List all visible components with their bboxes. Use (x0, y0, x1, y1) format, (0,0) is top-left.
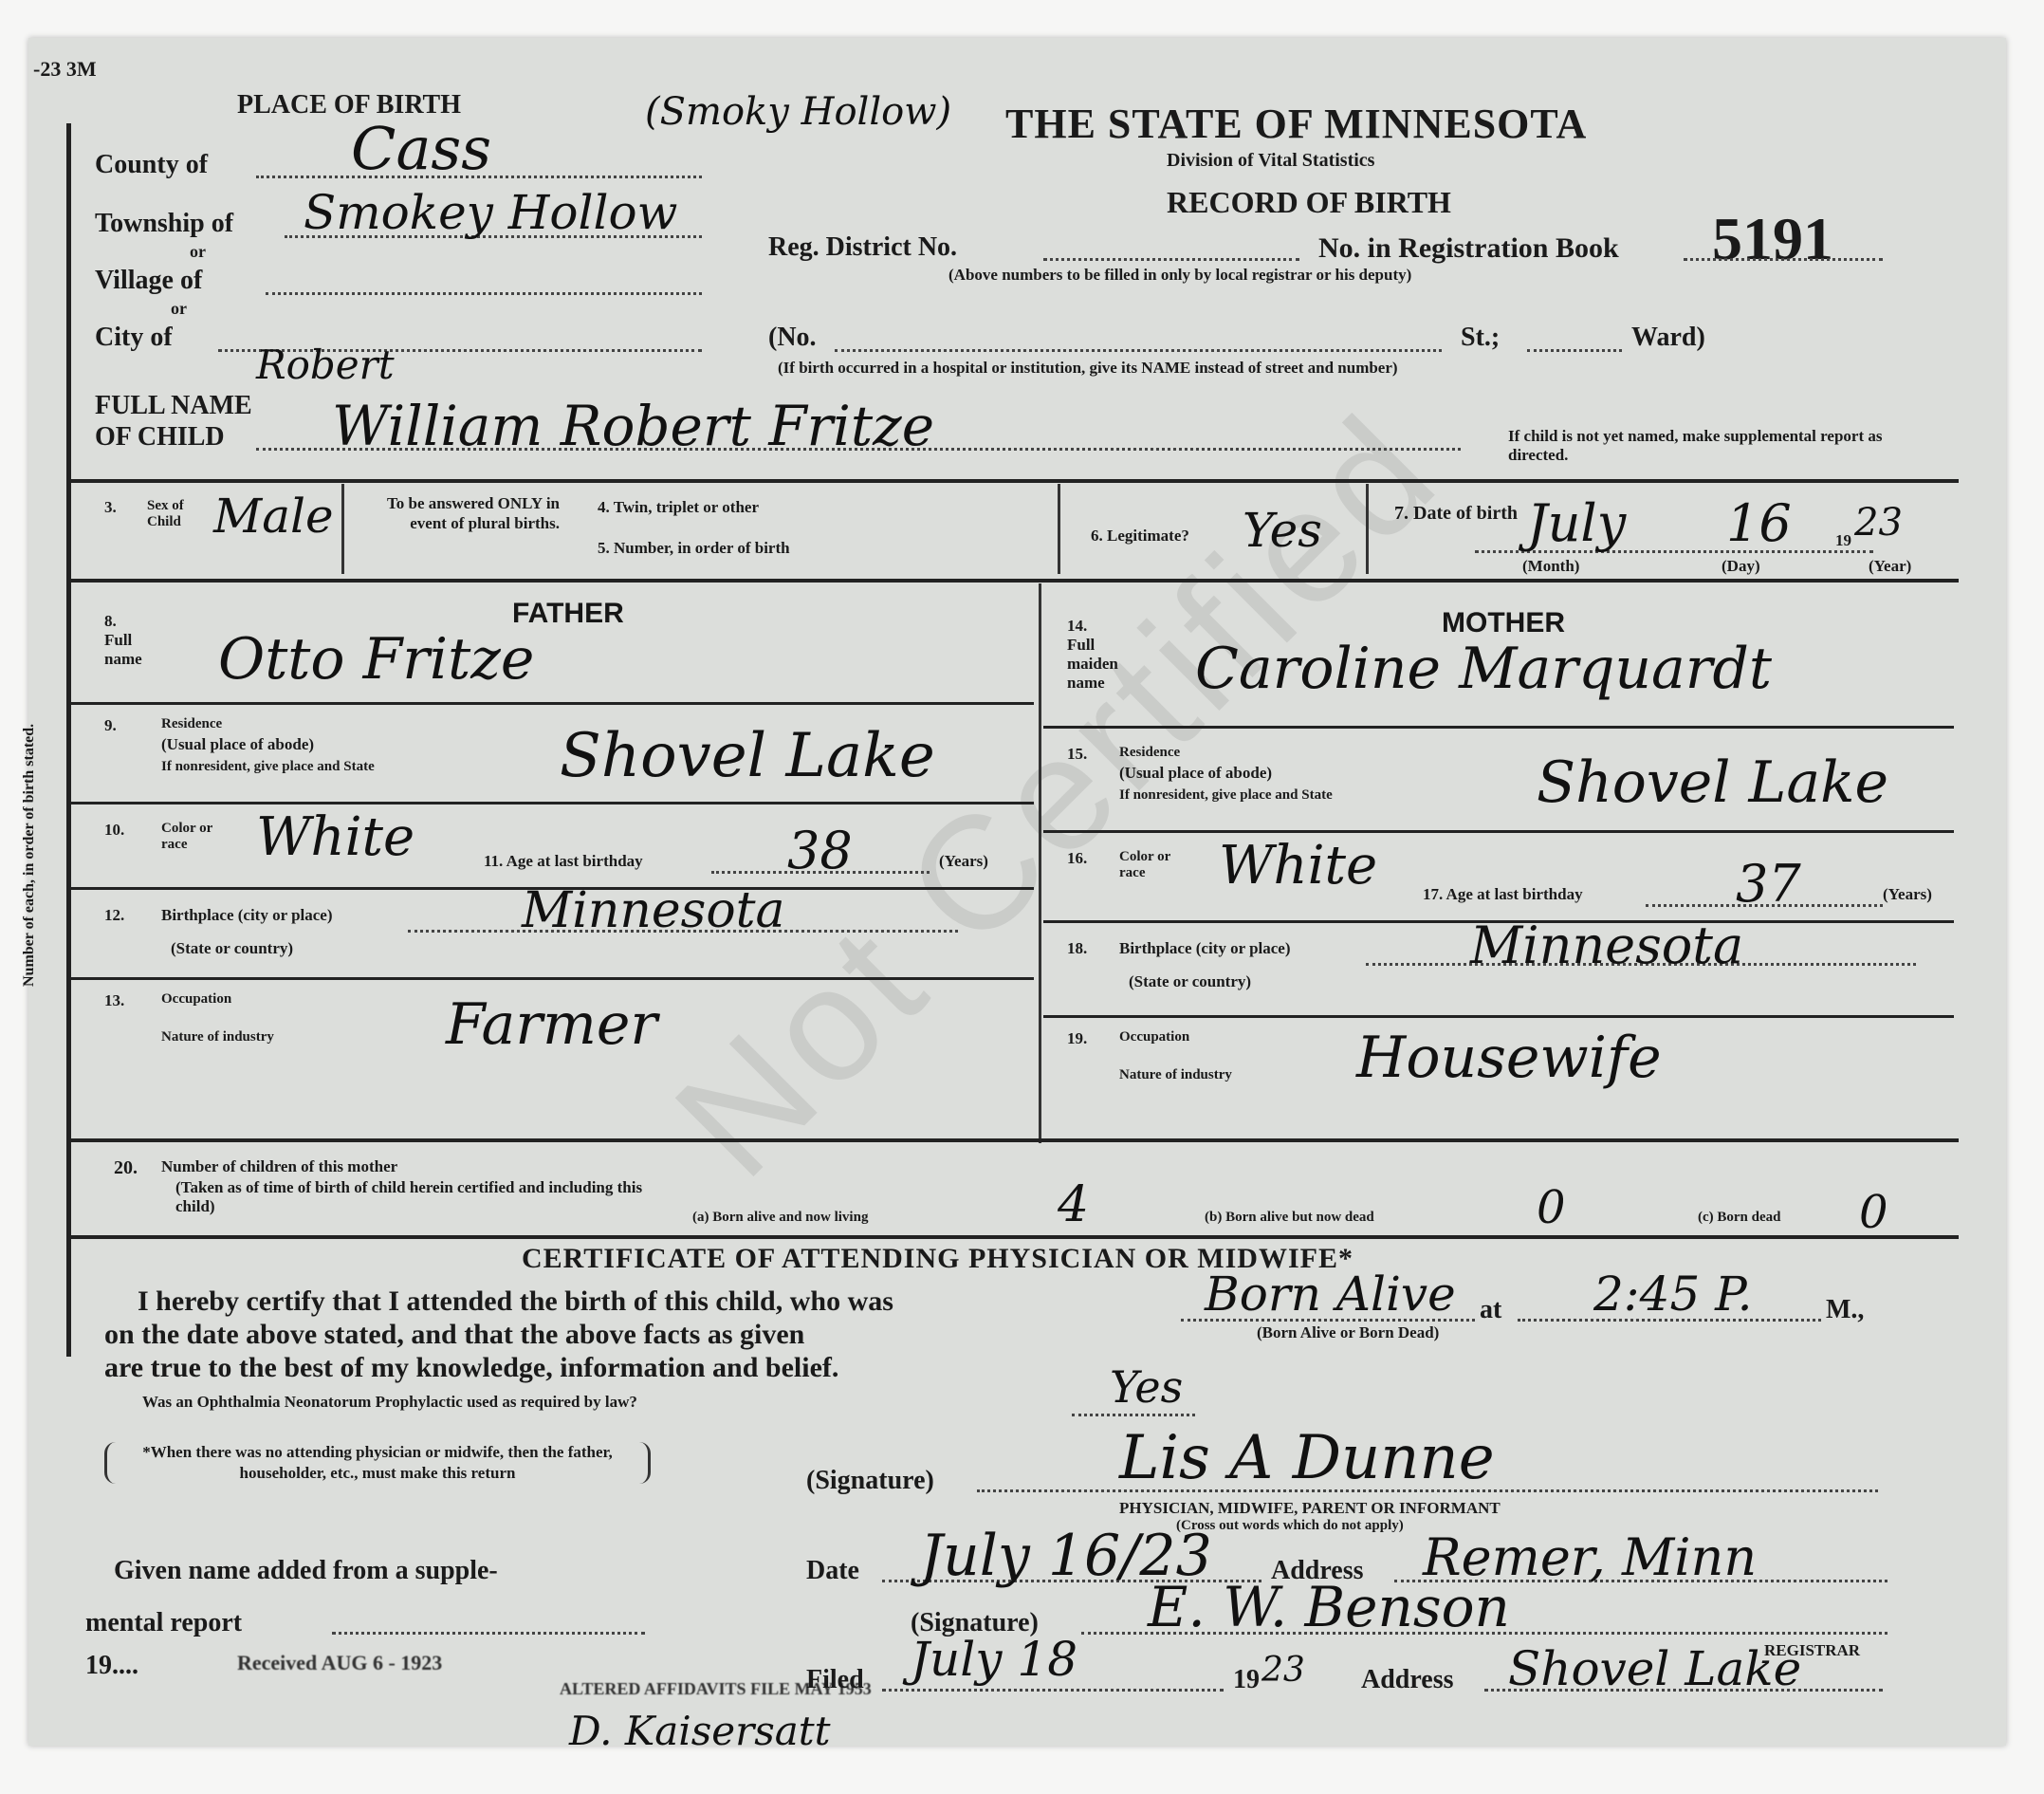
received-stamp: Received AUG 6 - 1923 (237, 1651, 442, 1675)
township-label: Township of (95, 209, 233, 239)
father-name-label: Full name (104, 631, 171, 669)
mother-industry-label: Nature of industry (1119, 1067, 1232, 1083)
hospital-note: (If birth occurred in a hospital or inst… (778, 359, 1398, 378)
physician-signature: Lis A Dunne (1119, 1423, 1495, 1493)
left-border (66, 123, 71, 1357)
m-label: M., (1826, 1295, 1864, 1325)
year-19-label: 19.... (85, 1651, 138, 1681)
born-alive-living-value: 4 (1058, 1176, 1089, 1233)
date-label: Date (806, 1556, 859, 1586)
mother-birthplace: Minnesota (1470, 915, 1743, 975)
mother-residence-label: Residence (1119, 745, 1180, 761)
county-label: County of (95, 150, 208, 180)
order-label: 5. Number, in order of birth (598, 539, 790, 558)
mother-name-label: Full maiden name (1067, 636, 1133, 693)
field-number: 14. (1067, 617, 1087, 636)
filed-value: July 18 (911, 1632, 1077, 1687)
certificate-text-line1: I hereby certify that I attended the bir… (138, 1285, 893, 1318)
years-caption: (Years) (1883, 885, 1932, 904)
father-residence: Shovel Lake (560, 721, 935, 791)
field-number: 19. (1067, 1029, 1087, 1048)
twin-label: 4. Twin, triplet or other (598, 498, 759, 517)
years-caption: (Years) (939, 852, 988, 871)
plural-note: To be answered ONLY in event of plural b… (351, 493, 560, 533)
form-code: -23 3M (33, 57, 97, 82)
father-residence-sub: (Usual place of abode) (161, 735, 314, 754)
mother-birthplace-label: Birthplace (city or place) (1119, 939, 1291, 958)
father-residence-note: If nonresident, give place and State (161, 759, 375, 775)
given-name-note-2: mental report (85, 1608, 242, 1638)
footnote: *When there was no attending physician o… (104, 1442, 651, 1484)
born-dead-value: 0 (1859, 1186, 1888, 1239)
father-industry-label: Nature of industry (161, 1029, 274, 1045)
field-number: 3. (104, 498, 117, 517)
father-birthplace-label: Birthplace (city or place) (161, 906, 333, 925)
father-heading: FATHER (512, 598, 624, 630)
registrar-address-label: Address (1361, 1665, 1454, 1695)
field-number: 9. (104, 716, 117, 735)
field-number: 12. (104, 906, 124, 925)
at-label: at (1480, 1295, 1501, 1325)
born-alive-dead-value: 0 (1537, 1181, 1566, 1234)
born-dead-label: (c) Born dead (1698, 1210, 1781, 1226)
state-title: THE STATE OF MINNESOTA (1005, 100, 1587, 148)
father-name: Otto Fritze (218, 626, 534, 693)
legitimate-value: Yes (1243, 503, 1322, 558)
born-alive-dead-label: (b) Born alive but now dead (1205, 1210, 1374, 1226)
children-label: Number of children of this mother (161, 1157, 397, 1176)
township-annotation: (Smoky Hollow) (645, 90, 951, 134)
father-occupation: Farmer (446, 991, 657, 1058)
street-label: St.; (1461, 323, 1500, 353)
father-residence-label: Residence (161, 716, 222, 732)
reg-note: (Above numbers to be filled in only by l… (948, 266, 1411, 285)
father-color-label: Color or race (161, 821, 218, 853)
record-title: RECORD OF BIRTH (1167, 185, 1451, 220)
mother-residence: Shovel Lake (1537, 749, 1888, 816)
father-birthplace-sub: (State or country) (171, 939, 293, 958)
dob-day: 16 (1726, 493, 1792, 553)
name-correction: Robert (256, 342, 395, 388)
side-note: Number of each, in order of birth stated… (21, 724, 38, 987)
registrar-signature: E. W. Benson (1148, 1575, 1510, 1639)
dob-year: 23 (1854, 501, 1903, 545)
mother-heading: MOTHER (1442, 607, 1565, 639)
child-full-name: William Robert Fritze (332, 394, 934, 458)
certificate-text-line2: on the date above stated, and that the a… (104, 1319, 804, 1351)
ward-label: Ward) (1631, 323, 1705, 353)
filed-label: Filed (806, 1665, 864, 1695)
field-number: 15. (1067, 745, 1087, 764)
field-number: 8. (104, 612, 117, 631)
father-occupation-label: Occupation (161, 991, 231, 1008)
mother-color: White (1219, 835, 1377, 897)
born-status-value: Born Alive (1205, 1267, 1456, 1322)
signature-label: (Signature) (806, 1466, 934, 1496)
ophthalmia-question: Was an Ophthalmia Neonatorum Prophylacti… (142, 1393, 637, 1412)
mother-color-label: Color or race (1119, 849, 1176, 881)
registrar-address: Shovel Lake (1508, 1641, 1801, 1696)
township-value: Smokey Hollow (304, 185, 677, 240)
father-age: 38 (787, 821, 853, 880)
filed-year-prefix: 19 (1233, 1665, 1260, 1695)
ophthalmia-value: Yes (1110, 1361, 1183, 1413)
of-child-label: OF CHILD (95, 422, 225, 453)
mother-age: 37 (1736, 854, 1801, 914)
filed-year: 23 (1261, 1651, 1305, 1690)
dob-year-prefix: 19 (1835, 531, 1851, 550)
children-note: (Taken as of time of birth of child here… (175, 1178, 650, 1216)
father-birthplace: Minnesota (522, 882, 785, 939)
division-title: Division of Vital Statistics (1167, 150, 1374, 172)
or-label: or (190, 242, 206, 262)
clerk-signature: D. Kaisersatt (569, 1708, 831, 1754)
mother-occupation-label: Occupation (1119, 1029, 1189, 1045)
village-label: Village of (95, 266, 202, 296)
mother-age-label: 17. Age at last birthday (1423, 885, 1583, 904)
mother-residence-sub: (Usual place of abode) (1119, 764, 1272, 783)
born-caption: (Born Alive or Born Dead) (1257, 1323, 1439, 1342)
mother-name: Caroline Marquardt (1195, 636, 1772, 702)
certificate-text-line3: are true to the best of my knowledge, in… (104, 1352, 838, 1384)
mother-occupation: Housewife (1356, 1025, 1662, 1091)
role-caption: PHYSICIAN, MIDWIFE, PARENT OR INFORMANT (1119, 1499, 1501, 1518)
reg-book-label: No. in Registration Book (1318, 232, 1619, 265)
field-number: 10. (104, 821, 124, 840)
county-value: Cass (351, 114, 491, 183)
father-color: White (256, 806, 414, 868)
born-alive-living-label: (a) Born alive and now living (692, 1210, 868, 1226)
field-number: 20. (114, 1157, 138, 1179)
field-number: 13. (104, 991, 124, 1010)
field-number: 18. (1067, 939, 1087, 958)
registration-number: 5191 (1712, 204, 1833, 274)
month-caption: (Month) (1522, 557, 1579, 576)
day-caption: (Day) (1722, 557, 1760, 576)
legitimate-label: 6. Legitimate? (1091, 527, 1189, 546)
year-caption: (Year) (1869, 557, 1911, 576)
reg-district-label: Reg. District No. (768, 232, 957, 263)
father-age-label: 11. Age at last birthday (484, 852, 643, 871)
not-named-note: If child is not yet named, make suppleme… (1508, 427, 1925, 465)
mother-birthplace-sub: (State or country) (1129, 972, 1251, 991)
full-name-label: FULL NAME (95, 391, 252, 421)
or-label: or (171, 299, 187, 319)
field-number: 16. (1067, 849, 1087, 868)
sex-label: Sex of Child (147, 498, 213, 530)
city-label: City of (95, 323, 173, 353)
birth-time-value: 2:45 P. (1593, 1267, 1753, 1322)
dob-month: July (1527, 493, 1626, 553)
mother-residence-note: If nonresident, give place and State (1119, 787, 1333, 804)
birth-record-document: Not Certified -23 3M Number of each, in … (28, 38, 2006, 1746)
given-name-note: Given name added from a supple- (114, 1556, 498, 1586)
street-no-label: (No. (768, 323, 817, 353)
sex-value: Male (213, 489, 334, 544)
